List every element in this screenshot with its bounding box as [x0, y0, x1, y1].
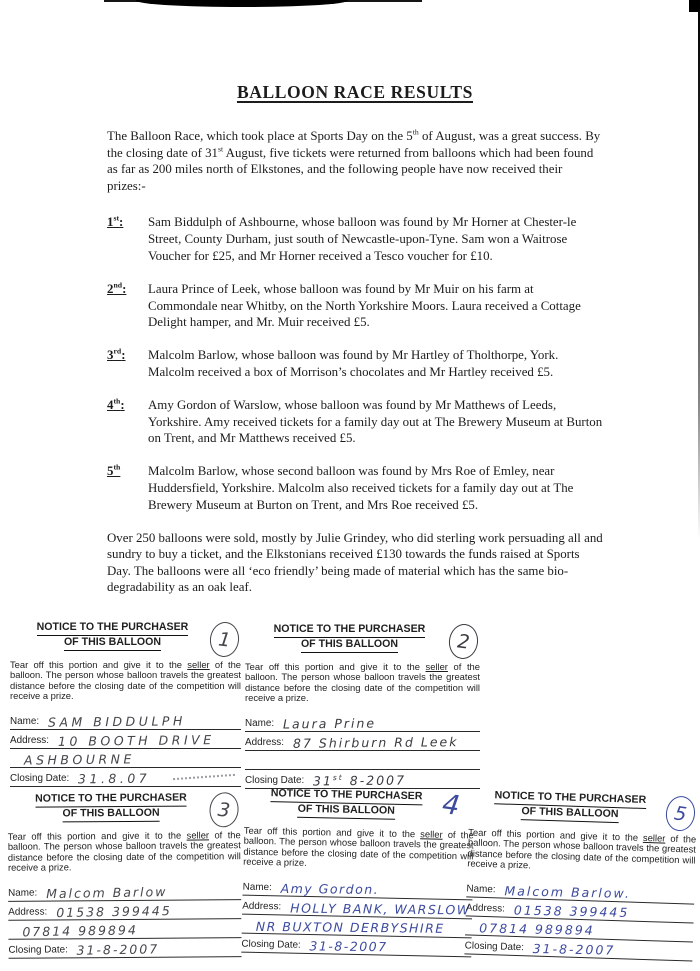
ticket-instructions: Tear off this portion and give it to the… — [8, 830, 241, 873]
ticket-instructions: Tear off this portion and give it to the… — [245, 662, 480, 703]
ticket-header-line1: NOTICE TO THE PURCHASER — [35, 792, 187, 808]
pencil-scribble — [173, 773, 235, 779]
address-line1-handwritten: 10 BOOTH DRIVE — [58, 733, 215, 749]
closing-date-handwritten: 31-8-2007 — [77, 942, 160, 957]
name-label: Name: — [245, 718, 274, 731]
address-line2-handwritten: 07814 989894 — [22, 923, 138, 939]
name-row: Name: Laura Prine — [245, 713, 480, 732]
address-row: Address: 10 BOOTH DRIVE — [10, 730, 241, 749]
ticket-instructions: Tear off this portion and give it to the… — [10, 660, 241, 701]
ticket-header-line2: OF THIS BALLOON — [62, 807, 159, 823]
name-label: Name: — [10, 716, 39, 729]
address-line2-handwritten: 07814 989894 — [479, 921, 595, 937]
address-label: Address: — [245, 737, 284, 750]
prize-description: Amy Gordon of Warslow, whose balloon was… — [148, 397, 603, 447]
ticket-header: NOTICE TO THE PURCHASER OF THIS BALLOON — [7, 791, 240, 823]
ticket-stub-3: NOTICE TO THE PURCHASER OF THIS BALLOON … — [7, 791, 241, 958]
page-title: BALLOON RACE RESULTS — [107, 82, 603, 102]
ticket-header-line2: OF THIS BALLOON — [298, 803, 395, 820]
ticket-instructions: Tear off this portion and give it to the… — [243, 826, 474, 872]
ticket-stub-1: NOTICE TO THE PURCHASER OF THIS BALLOON … — [10, 621, 241, 787]
prize-rank: 1st: — [107, 214, 148, 264]
name-handwritten: SAM BIDDULPH — [48, 714, 186, 729]
prize-description: Malcolm Barlow, whose balloon was found … — [148, 347, 603, 381]
ticket-stub-2: NOTICE TO THE PURCHASER OF THIS BALLOON … — [245, 623, 480, 789]
prize-description: Malcolm Barlow, whose second balloon was… — [148, 463, 603, 513]
ticket-header: NOTICE TO THE PURCHASER OF THIS BALLOON — [245, 623, 480, 653]
ticket-header-line2: OF THIS BALLOON — [64, 636, 161, 651]
address-label: Address: — [466, 902, 505, 916]
ticket-stub-5: NOTICE TO THE PURCHASER OF THIS BALLOON … — [464, 788, 697, 961]
closing-date-label: Closing Date: — [10, 773, 69, 786]
address-line2-handwritten: ASHBOURNE — [24, 752, 135, 767]
name-handwritten: Laura Prine — [283, 716, 376, 731]
prize-rank: 4th: — [107, 397, 148, 447]
prize-entry: 4th: Amy Gordon of Warslow, whose balloo… — [107, 397, 603, 447]
closing-date-row: Closing Date: 31-8-2007 — [8, 938, 241, 959]
address-row: Address: 01538 399445 — [8, 900, 241, 921]
closing-date-label: Closing Date: — [464, 940, 524, 955]
address-label: Address: — [242, 900, 281, 914]
address-row: Address: 87 Shirburn Rd Leek — [245, 732, 480, 751]
scanned-document-page: BALLOON RACE RESULTS The Balloon Race, w… — [0, 0, 700, 971]
name-handwritten: Malcom Barlow — [46, 885, 168, 901]
closing-date-row: Closing Date: 31st 8-2007 — [245, 770, 480, 789]
prize-list: 1st: Sam Biddulph of Ashbourne, whose ba… — [107, 214, 603, 513]
ticket-header-line1: NOTICE TO THE PURCHASER — [37, 621, 189, 636]
closing-date-handwritten: 31-8-2007 — [533, 942, 616, 958]
name-handwritten: Amy Gordon. — [281, 881, 380, 896]
ticket-stub-4: NOTICE TO THE PURCHASER OF THIS BALLOON … — [241, 787, 474, 957]
ticket-header: NOTICE TO THE PURCHASER OF THIS BALLOON — [469, 788, 698, 825]
name-label: Name: — [243, 881, 272, 895]
address-line1-handwritten: 01538 399445 — [56, 904, 172, 920]
prize-entry: 2nd: Laura Prince of Leek, whose balloon… — [107, 281, 603, 331]
ticket-header-line2: OF THIS BALLOON — [521, 805, 619, 823]
address-line2-handwritten: NR BUXTON DERBYSHIRE — [256, 919, 445, 935]
address-label: Address: — [8, 906, 47, 919]
closing-date-handwritten: 31-8-2007 — [310, 939, 388, 954]
ticket-header-line2: OF THIS BALLOON — [301, 638, 398, 653]
name-row: Name: Malcom Barlow — [8, 881, 241, 902]
prize-description: Laura Prince of Leek, whose balloon was … — [148, 281, 603, 331]
prize-description: Sam Biddulph of Ashbourne, whose balloon… — [148, 214, 603, 264]
closing-date-label: Closing Date: — [241, 938, 301, 952]
closing-paragraph: Over 250 balloons were sold, mostly by J… — [107, 530, 603, 596]
address-row-2: ASHBOURNE — [10, 749, 241, 768]
address-row-2 — [245, 751, 480, 770]
ticket-instructions: Tear off this portion and give it to the… — [467, 827, 696, 875]
closing-date-handwritten: 31st 8-2007 — [313, 773, 406, 788]
closing-date-handwritten: 31.8.07 — [78, 771, 150, 786]
closing-date-label: Closing Date: — [245, 775, 304, 788]
name-label: Name: — [466, 883, 495, 897]
name-row: Name: SAM BIDDULPH — [10, 711, 241, 730]
prize-entry: 5th Malcolm Barlow, whose second balloon… — [107, 463, 603, 513]
prize-entry: 3rd: Malcolm Barlow, whose balloon was f… — [107, 347, 603, 381]
address-line1-handwritten: 87 Shirburn Rd Leek — [293, 735, 459, 751]
intro-paragraph: The Balloon Race, which took place at Sp… — [107, 128, 603, 194]
scan-artifact-top-blob — [136, 0, 348, 7]
prize-rank: 5th — [107, 463, 148, 513]
prize-rank: 2nd: — [107, 281, 148, 331]
ticket-header: NOTICE TO THE PURCHASER OF THIS BALLOON — [10, 621, 241, 651]
address-row-2: 07814 989894 — [8, 919, 241, 940]
closing-date-row: Closing Date: 31-8-2007 — [241, 933, 471, 957]
address-line1-handwritten: HOLLY BANK, WARSLOW — [290, 901, 471, 917]
ticket-header-line1: NOTICE TO THE PURCHASER — [271, 787, 423, 805]
document-body: BALLOON RACE RESULTS The Balloon Race, w… — [107, 82, 603, 609]
address-label: Address: — [10, 735, 49, 748]
ticket-header-line1: NOTICE TO THE PURCHASER — [274, 623, 426, 638]
prize-entry: 1st: Sam Biddulph of Ashbourne, whose ba… — [107, 214, 603, 264]
prize-rank: 3rd: — [107, 347, 148, 381]
closing-date-label: Closing Date: — [8, 944, 67, 957]
closing-date-row: Closing Date: 31.8.07 — [10, 768, 241, 787]
name-label: Name: — [8, 887, 37, 900]
